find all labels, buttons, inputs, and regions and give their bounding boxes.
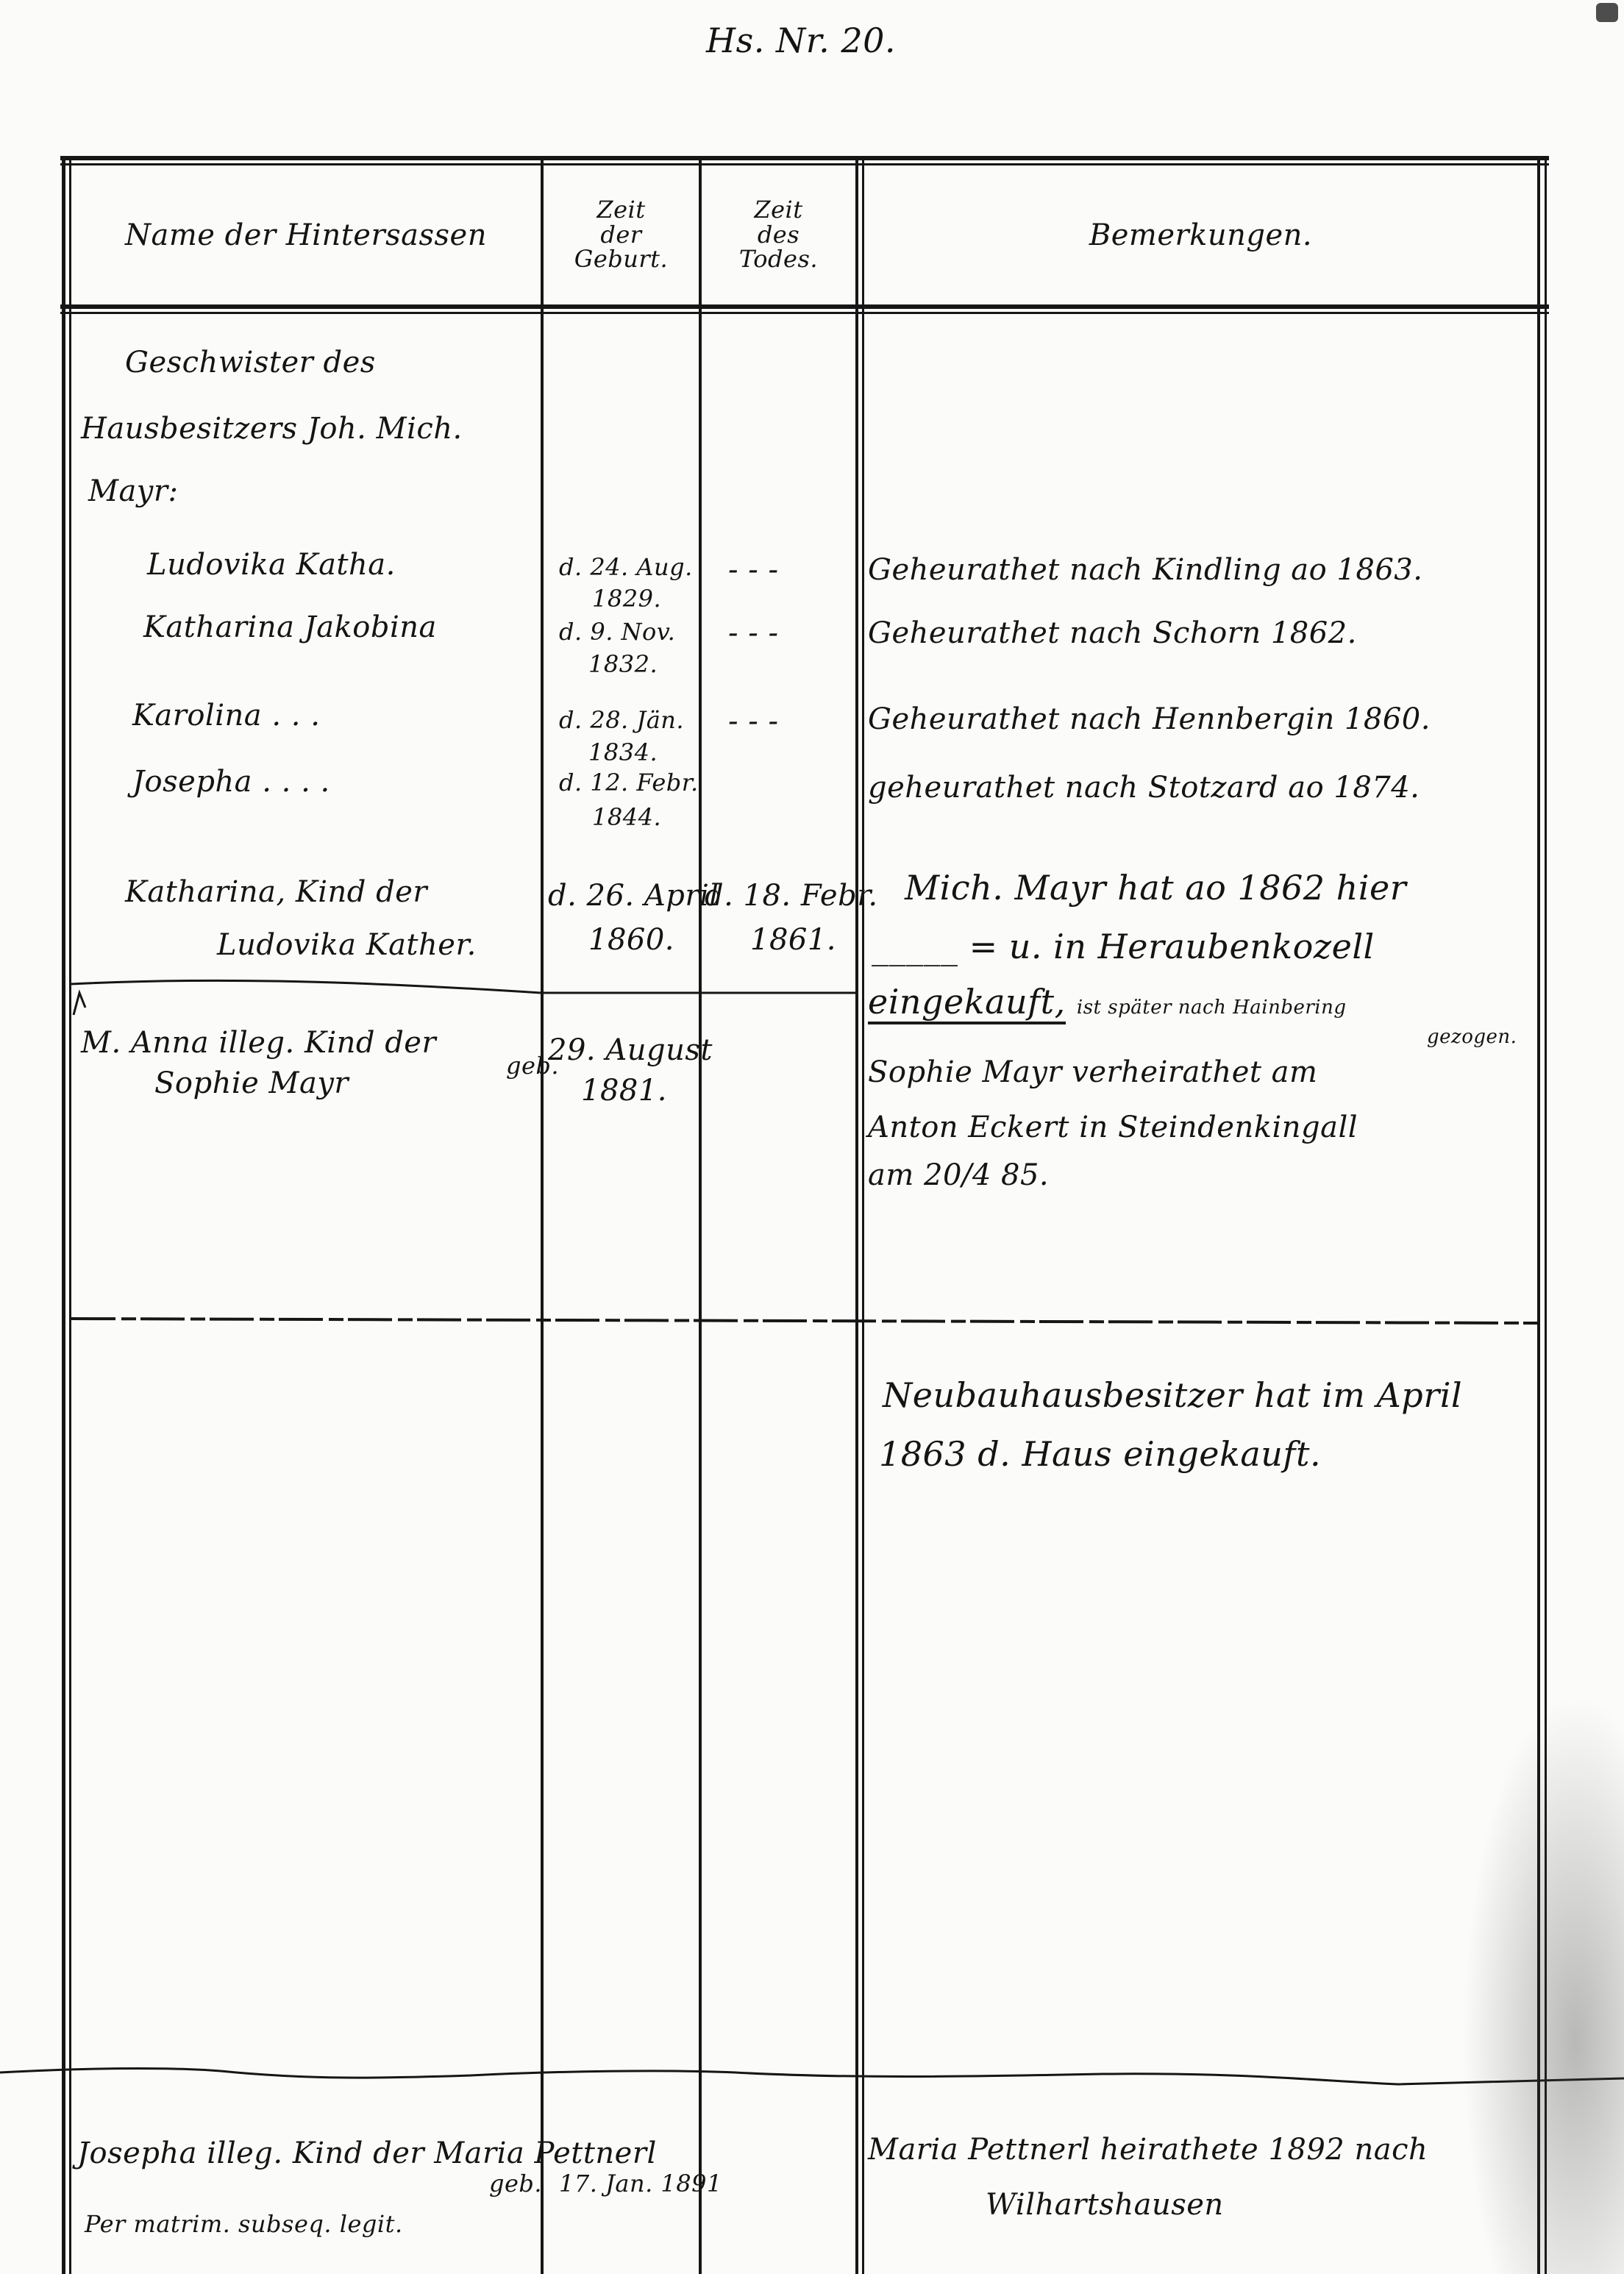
row2-birth-line2: 1832. (588, 650, 658, 678)
section4-birth: 17. Jan. 1891 (559, 2170, 722, 2198)
section3-divider (0, 2052, 1624, 2089)
section2-name-line1: M. Anna illeg. Kind der (81, 1026, 436, 1060)
row2-name: Katharina Jakobina (143, 610, 437, 644)
row5-death-line2: 1861. (750, 923, 836, 957)
row5-birth-line2: 1860. (588, 923, 674, 957)
row2-remark: Geheurathet nach Schorn 1862. (868, 616, 1357, 650)
row1-name: Ludovika Katha. (147, 548, 396, 582)
paper-stain (1462, 1692, 1624, 2274)
row1-birth-line2: 1829. (592, 585, 661, 613)
section4-remark-line1: Maria Pettnerl heirathete 1892 nach (868, 2133, 1428, 2167)
header-bottom-border (60, 304, 1549, 309)
row4-birth-line1: d. 12. Febr. (559, 769, 699, 796)
column-header-name-label: Name der Hintersassen (125, 218, 487, 252)
column-header-birth-line1: Zeit (596, 198, 645, 223)
section4-name-line1: Josepha illeg. Kind der Maria Pettnerl (77, 2136, 657, 2170)
section1-intro-line2: Hausbesitzers Joh. Mich. (81, 412, 463, 446)
section1-remark-line4: gezogen. (1427, 1026, 1517, 1048)
column-header-death-line3: Todes. (739, 247, 818, 272)
header-bottom-border-inner (60, 312, 1549, 314)
row1-death: - - - (728, 553, 778, 587)
left-border-inner (69, 156, 71, 2274)
house-number-title: Hs. Nr. 20. (706, 21, 896, 60)
row5-name-line1: Katharina, Kind der (125, 875, 427, 909)
name-birth-divider (541, 156, 544, 2274)
row1-remark: Geheurathet nach Kindling ao 1863. (868, 553, 1422, 587)
death-remarks-divider-b (862, 156, 864, 2274)
register-page: Hs. Nr. 20. Name der Hintersassen Zeit d… (0, 0, 1624, 2274)
row3-remark: Geheurathet nach Hennbergin 1860. (868, 702, 1431, 736)
section2-birth-line2: 1881. (581, 1074, 667, 1108)
column-header-death-line2: des (758, 223, 799, 248)
section3-remark-line2: 1863 d. Haus eingekauft. (879, 1434, 1321, 1474)
column-header-name: Name der Hintersassen (71, 165, 541, 304)
section1-remark-line2: _____ = u. in Heraubenkozell (872, 927, 1375, 966)
row4-name: Josepha . . . . (132, 765, 330, 799)
section3-remark-line1: Neubauhausbesitzer hat im April (883, 1375, 1462, 1415)
left-border-outer (62, 156, 65, 2274)
section2-divider (0, 1313, 1624, 1327)
section1-intro-line3: Mayr: (88, 474, 179, 508)
insertion-caret-icon (0, 985, 1624, 1015)
section4-remark-line2: Wilhartshausen (986, 2188, 1224, 2222)
row4-remark: geheurathet nach Stotzard ao 1874. (868, 771, 1420, 805)
death-remarks-divider-a (855, 156, 858, 2274)
section2-remark-line3: am 20/4 85. (868, 1158, 1049, 1192)
row3-name: Karolina . . . (132, 699, 320, 733)
table-top-border (60, 156, 1549, 160)
row5-death-line1: d. 18. Febr. (705, 879, 878, 913)
row5-name-line2: Ludovika Kather. (217, 928, 477, 962)
row5-birth-line1: d. 26. April (548, 879, 719, 913)
birth-death-divider (699, 156, 702, 2274)
row3-birth-line2: 1834. (588, 738, 658, 766)
row3-death: - - - (728, 705, 778, 738)
row1-birth-line1: d. 24. Aug. (559, 553, 693, 581)
column-header-birth-line3: Geburt. (574, 247, 668, 272)
column-header-death-line1: Zeit (754, 198, 802, 223)
row3-birth-line1: d. 28. Jän. (559, 706, 684, 734)
section4-birth-prefix: geb. (489, 2170, 542, 2198)
section1-remark-line1: Mich. Mayr hat ao 1862 hier (905, 868, 1406, 908)
row2-death: - - - (728, 616, 778, 650)
column-header-birth: Zeit der Geburt. (544, 165, 699, 304)
column-header-remarks: Bemerkungen. (864, 165, 1537, 304)
row4-birth-line2: 1844. (592, 803, 661, 831)
section2-name-line2: Sophie Mayr (154, 1066, 349, 1100)
section2-remark-line1: Sophie Mayr verheirathet am (868, 1055, 1317, 1089)
row2-birth-line1: d. 9. Nov. (559, 618, 675, 646)
section2-birth-line1: 29. August (548, 1033, 713, 1067)
section1-intro-line1: Geschwister des (125, 346, 376, 379)
section2-remark-line2: Anton Eckert in Steindenkingall (868, 1111, 1358, 1144)
column-header-remarks-label: Bemerkungen. (1089, 218, 1312, 252)
section4-name-line2: Per matrim. subseq. legit. (85, 2210, 403, 2238)
column-header-birth-line2: der (600, 223, 641, 248)
column-header-death: Zeit des Todes. (702, 165, 855, 304)
page-corner-mark (1596, 3, 1618, 22)
